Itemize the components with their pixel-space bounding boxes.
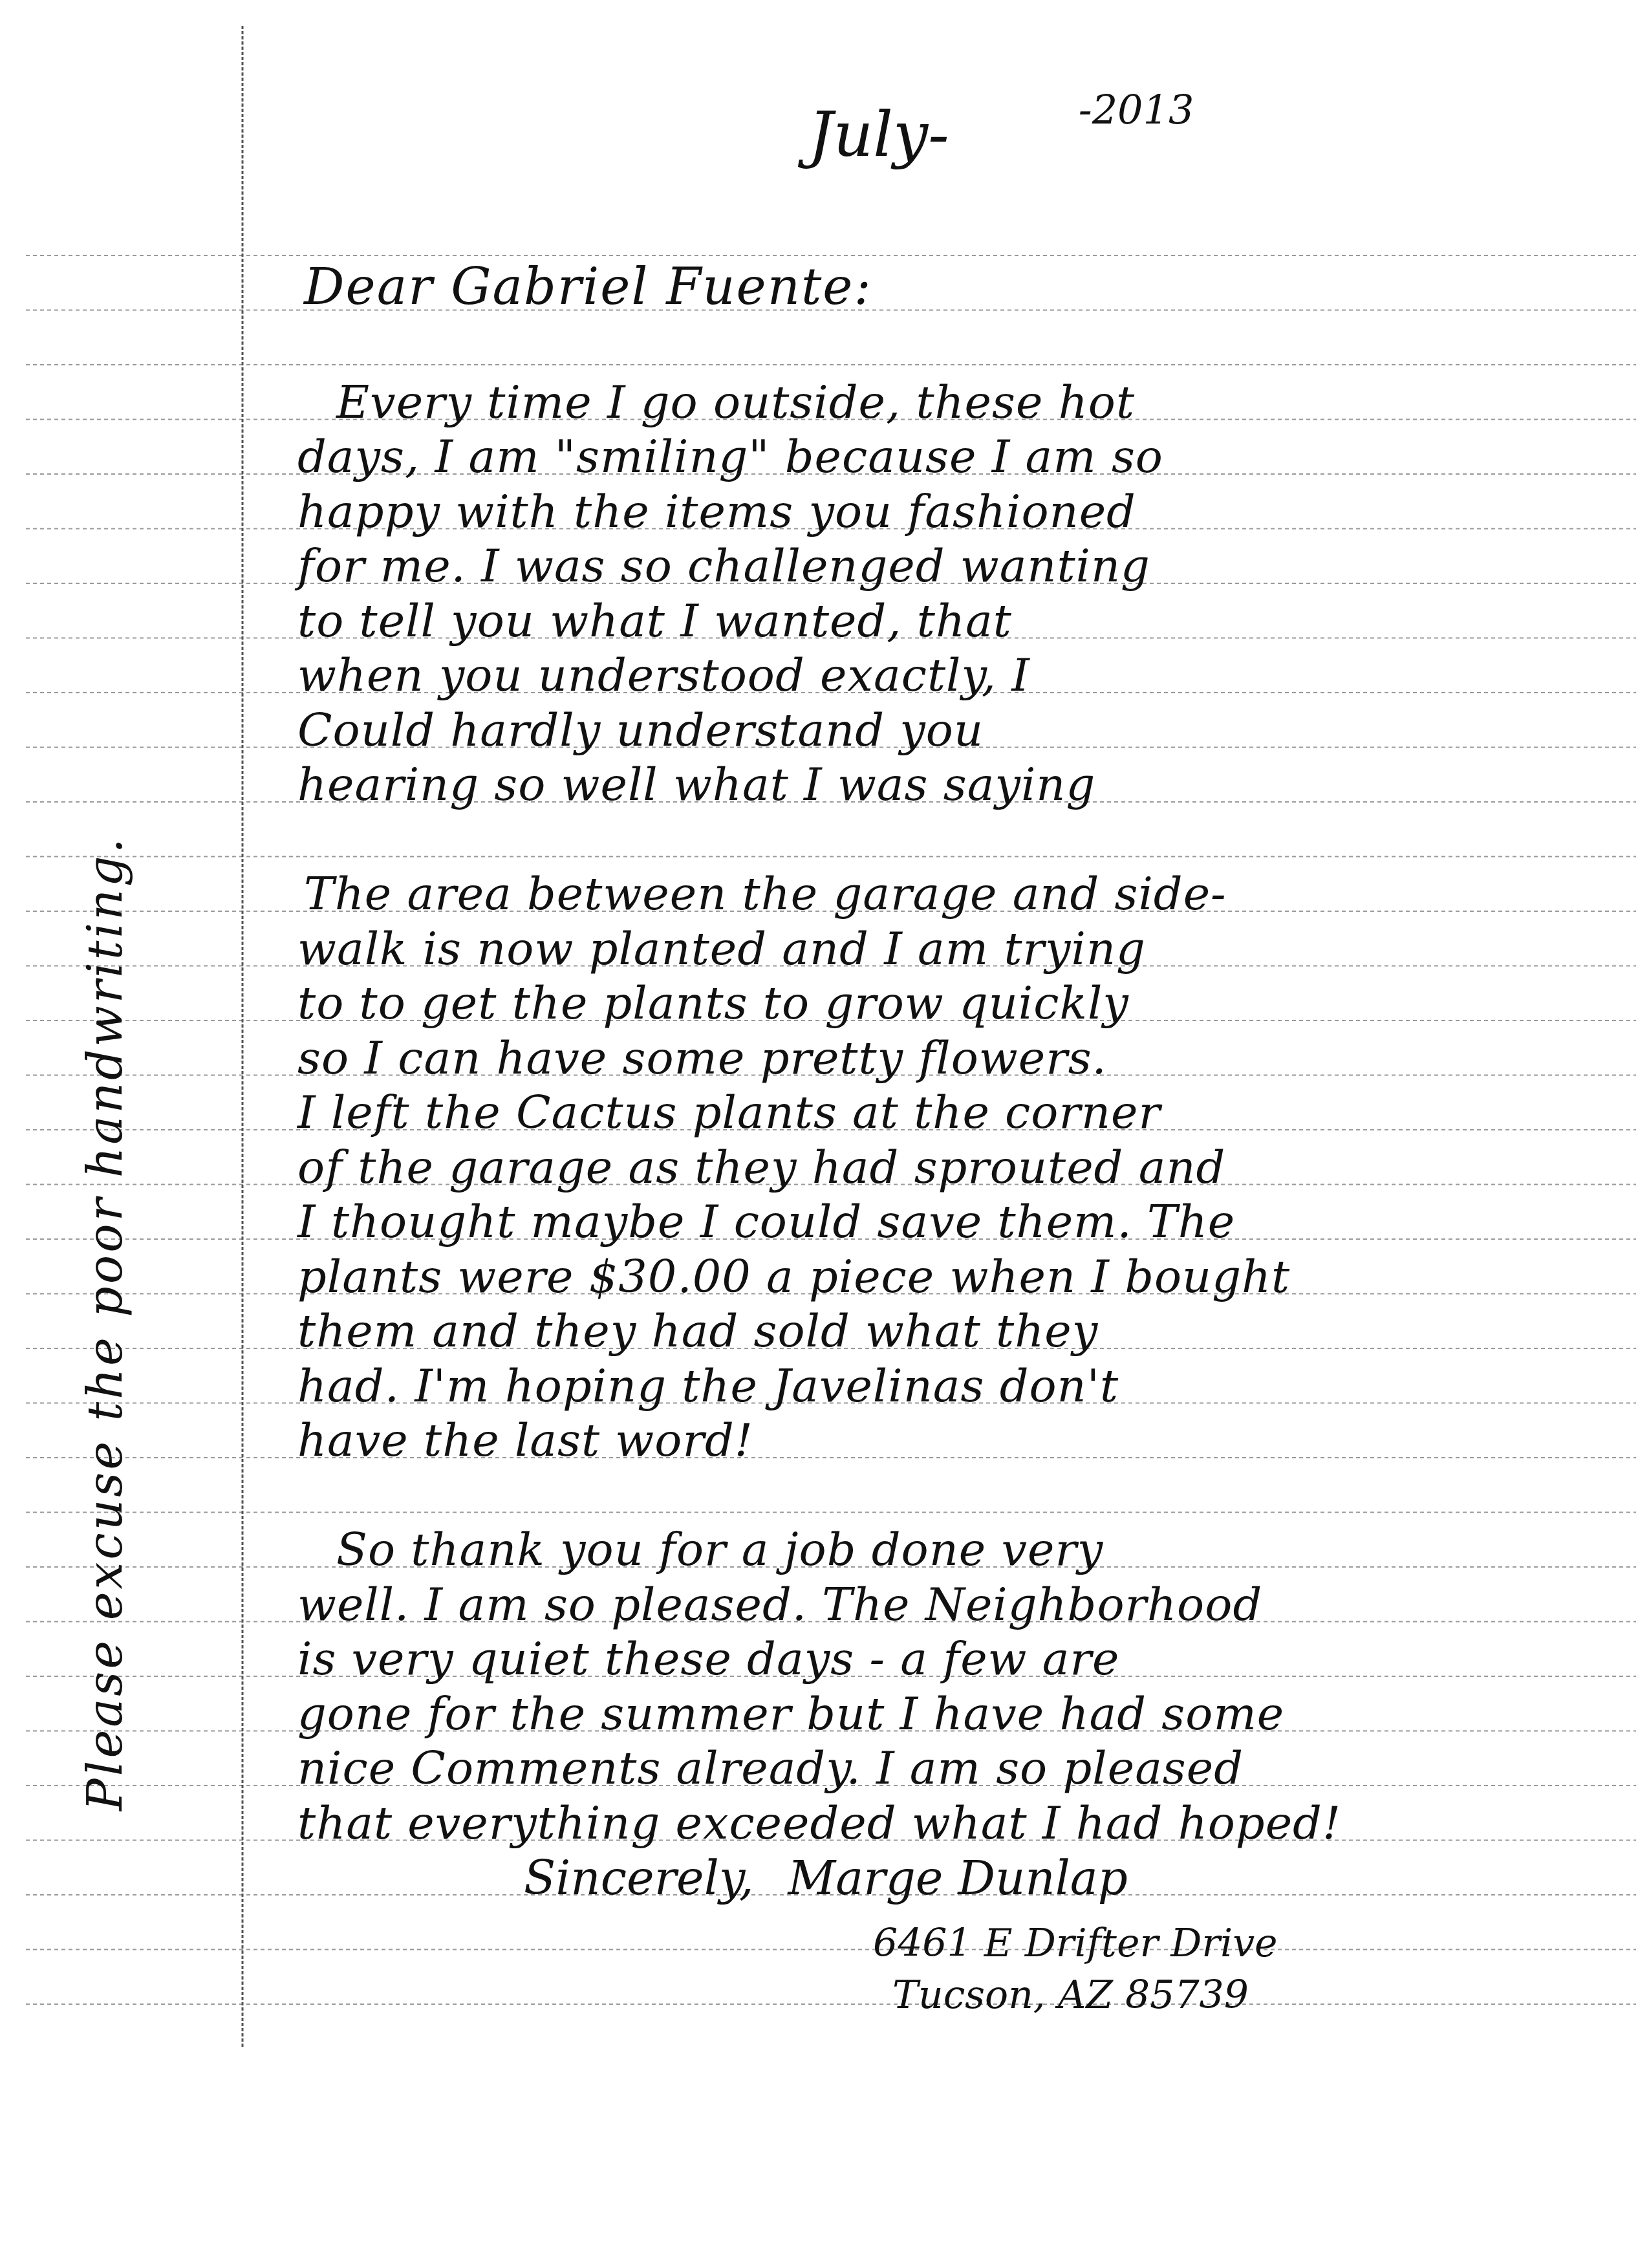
letter-line: to to get the plants to grow quickly xyxy=(297,980,1129,1026)
letter-line: that everything exceeded what I had hope… xyxy=(297,1800,1341,1846)
letter-line: happy with the items you fashioned xyxy=(297,489,1136,534)
date-month: July- xyxy=(808,98,949,171)
letter-line: So thank you for a job done very xyxy=(336,1527,1103,1572)
letter-line: to tell you what I wanted, that xyxy=(297,598,1012,643)
letter-line: I left the Cactus plants at the corner xyxy=(297,1090,1161,1135)
letter-line: plants were $30.00 a piece when I bought xyxy=(297,1254,1290,1299)
letter-line: them and they had sold what they xyxy=(297,1308,1098,1354)
letter-line: have the last word! xyxy=(297,1418,753,1463)
letter-line: gone for the summer but I have had some xyxy=(297,1691,1284,1736)
letter-line: is very quiet these days - a few are xyxy=(297,1636,1119,1681)
letter-line: nice Comments already. I am so pleased xyxy=(297,1745,1244,1791)
letter-line: Could hardly understand you xyxy=(297,707,984,753)
letter-line: well. I am so pleased. The Neighborhood xyxy=(297,1582,1262,1627)
letter-line: of the garage as they had sprouted and xyxy=(297,1145,1225,1190)
closing-and-signature: Sincerely, Marge Dunlap xyxy=(524,1855,1128,1901)
letter-line: had. I'm hoping the Javelinas don't xyxy=(297,1363,1119,1409)
signature: Marge Dunlap xyxy=(788,1851,1128,1905)
letter-date: July--2013 xyxy=(808,103,1194,166)
address-street: 6461 E Drifter Drive xyxy=(873,1924,1278,1963)
date-year: -2013 xyxy=(1079,86,1194,133)
letter-line: for me. I was so challenged wanting xyxy=(297,543,1150,589)
letter-line: days, I am "smiling" because I am so xyxy=(297,434,1163,479)
closing: Sincerely, xyxy=(524,1851,754,1905)
letter-line: walk is now planted and I am trying xyxy=(297,926,1146,971)
letter-line: I thought maybe I could save them. The xyxy=(297,1199,1235,1244)
letter-line: Every time I go outside, these hot xyxy=(336,380,1135,425)
address-city: Tucson, AZ 85739 xyxy=(892,1976,1249,2014)
letter-line: hearing so well what I was saying xyxy=(297,762,1095,807)
letter-line: so I can have some pretty flowers. xyxy=(297,1035,1107,1081)
letter-page: July--2013 Dear Gabriel Fuente: Every ti… xyxy=(0,0,1649,2268)
salutation: Dear Gabriel Fuente: xyxy=(304,262,872,312)
margin-note: Please excuse the poor handwriting. xyxy=(78,836,133,1811)
letter-line: when you understood exactly, I xyxy=(297,653,1030,698)
letter-line: The area between the garage and side- xyxy=(304,871,1227,916)
